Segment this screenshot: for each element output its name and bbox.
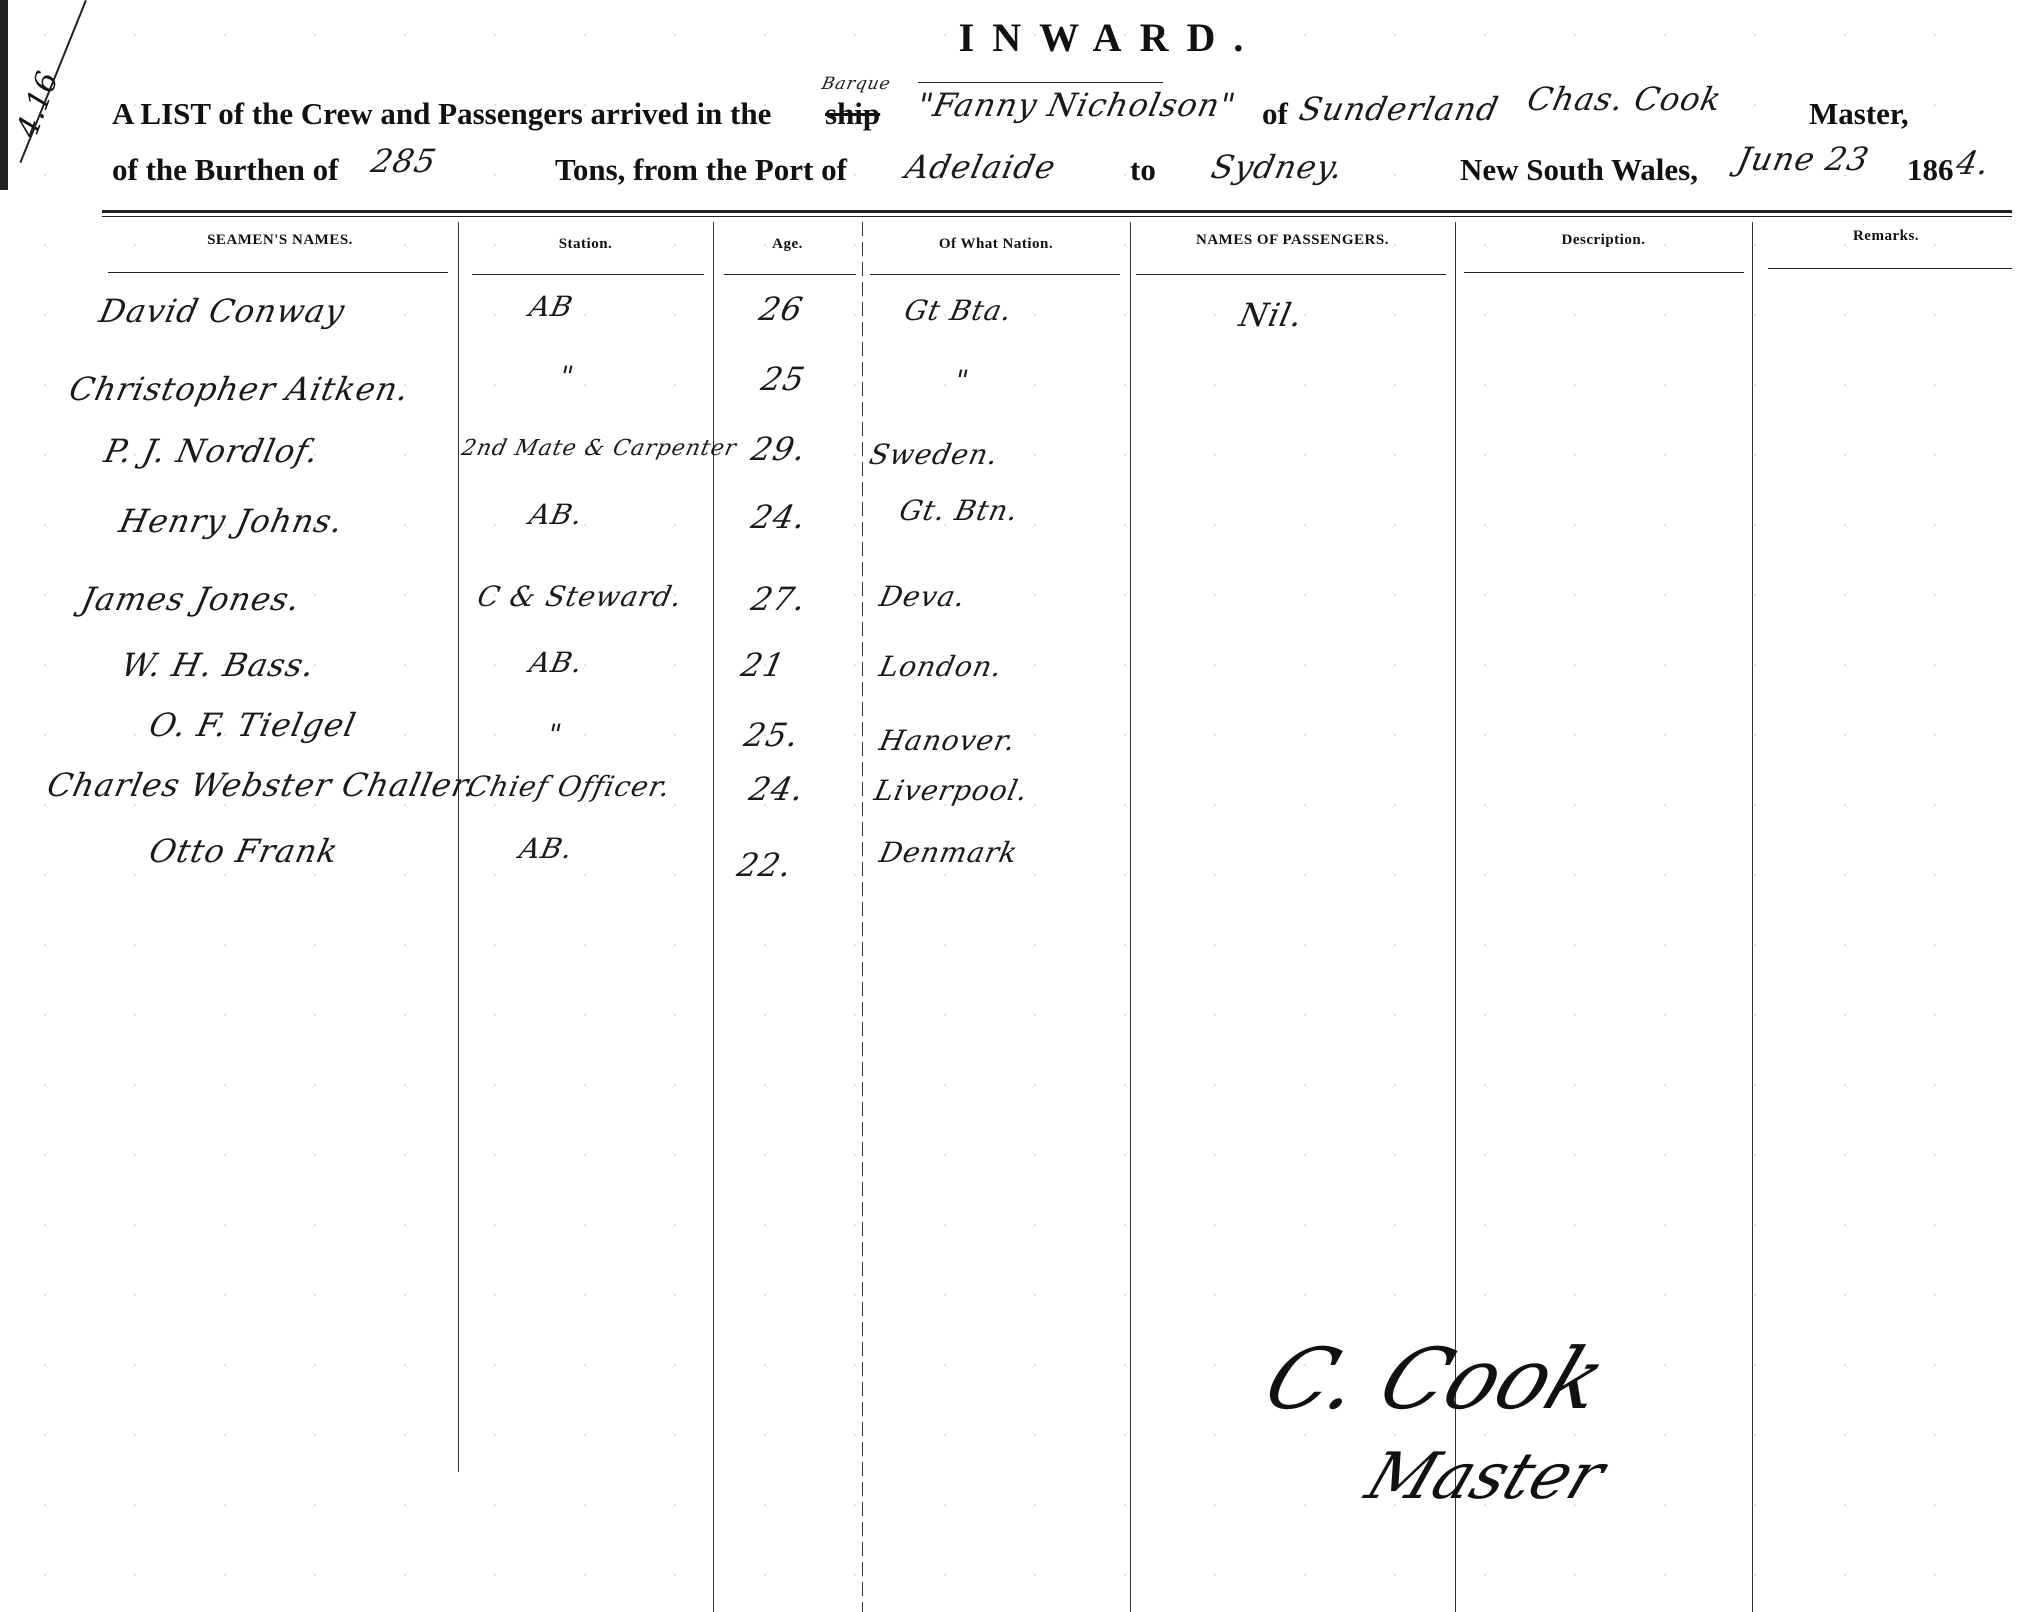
crew-nation: Sweden.: [866, 438, 1001, 471]
column-divider: [862, 222, 863, 1612]
crew-age: 27.: [748, 580, 810, 618]
master-signature-title: Master: [1357, 1440, 1615, 1514]
crew-nation: Liverpool.: [871, 774, 1031, 807]
crew-station: Chief Officer.: [464, 770, 673, 803]
crew-age: 29.: [748, 430, 810, 468]
crew-name: O. F. Tielgel: [146, 706, 360, 744]
header-bottom-rule: [1768, 268, 2012, 269]
table-top-rule: [102, 210, 2012, 213]
column-header-seamens-names: SEAMEN'S NAMES.: [102, 232, 458, 249]
crew-station: AB: [526, 290, 576, 323]
crew-name: P. J. Nordlof.: [101, 432, 323, 470]
header-bottom-rule: [870, 274, 1120, 275]
column-divider: [458, 222, 459, 1472]
year-printed: 186: [1907, 152, 1954, 188]
header-bottom-rule: [472, 274, 704, 275]
crew-name: Henry Johns.: [116, 502, 347, 540]
home-port: Sunderland: [1296, 90, 1502, 128]
crew-name: Charles Webster Challer.: [44, 766, 480, 804]
master-name: Chas. Cook: [1524, 80, 1725, 118]
crew-station: C & Steward.: [474, 580, 685, 613]
vessel-type-handwritten: Barque: [820, 74, 893, 94]
of-label: of: [1262, 96, 1288, 132]
crew-nation: Deva.: [876, 580, 968, 613]
crew-nation: Gt Bta.: [901, 294, 1015, 327]
crew-station: 2nd Mate & Carpenter: [459, 436, 739, 461]
crew-age: 24.: [748, 498, 810, 536]
crew-age: 21: [738, 646, 789, 684]
burthen-label: of the Burthen of: [112, 152, 338, 188]
crew-station: AB.: [526, 498, 586, 531]
column-header-age: Age.: [713, 236, 862, 253]
crew-name: David Conway: [96, 292, 349, 330]
tons-from-port-label: Tons, from the Port of: [555, 152, 847, 188]
master-label: Master,: [1809, 96, 1909, 132]
passenger-names: Nil.: [1236, 296, 1307, 334]
crew-name: Christopher Aitken.: [66, 370, 413, 408]
header-bottom-rule: [1136, 274, 1446, 275]
crew-nation: Denmark: [876, 836, 1021, 869]
burthen-tons: 285: [368, 142, 440, 180]
to-label: to: [1130, 152, 1156, 188]
crew-name: Otto Frank: [146, 832, 342, 870]
column-header-station: Station.: [458, 236, 713, 253]
crew-age: 24.: [746, 770, 808, 808]
to-port: Sydney.: [1208, 148, 1347, 186]
colony-label: New South Wales,: [1460, 152, 1698, 188]
page-title: INWARD.: [0, 14, 2020, 61]
description-cell: [1460, 290, 1750, 310]
column-header-nation: Of What Nation.: [862, 236, 1130, 253]
header-bottom-rule: [724, 274, 856, 275]
column-header-passengers: NAMES OF PASSENGERS.: [1130, 232, 1455, 249]
arrival-date: June 23: [1734, 140, 1873, 178]
vessel-name: "Fanny Nicholson": [914, 86, 1240, 124]
vessel-name-underline: [918, 82, 1163, 83]
column-divider: [713, 222, 714, 1612]
column-header-description: Description.: [1455, 232, 1752, 249]
column-divider: [1130, 222, 1131, 1612]
column-divider: [1752, 222, 1753, 1612]
vessel-type-printed: ship: [825, 96, 880, 132]
list-heading-prefix: A LIST of the Crew and Passengers arrive…: [112, 96, 771, 132]
remarks-cell: [1760, 290, 2010, 310]
crew-age: 26: [756, 290, 807, 328]
crew-age: 25: [758, 360, 809, 398]
crew-age: 22.: [734, 846, 796, 884]
crew-nation: London.: [876, 650, 1005, 683]
crew-nation: Gt. Btn.: [896, 494, 1021, 527]
column-header-remarks: Remarks.: [1752, 228, 2020, 245]
crew-age: 25.: [741, 716, 803, 754]
crew-nation: Hanover.: [876, 724, 1019, 757]
master-signature: C. Cook: [1252, 1330, 1619, 1428]
crew-station: AB.: [516, 832, 576, 865]
crew-name: James Jones.: [78, 580, 304, 618]
crew-station: AB.: [526, 646, 586, 679]
header-bottom-rule: [108, 272, 448, 273]
from-port: Adelaide: [902, 148, 1060, 186]
table-top-rule-2: [102, 216, 2012, 217]
crew-name: W. H. Bass.: [118, 646, 319, 684]
header-bottom-rule: [1464, 272, 1744, 273]
